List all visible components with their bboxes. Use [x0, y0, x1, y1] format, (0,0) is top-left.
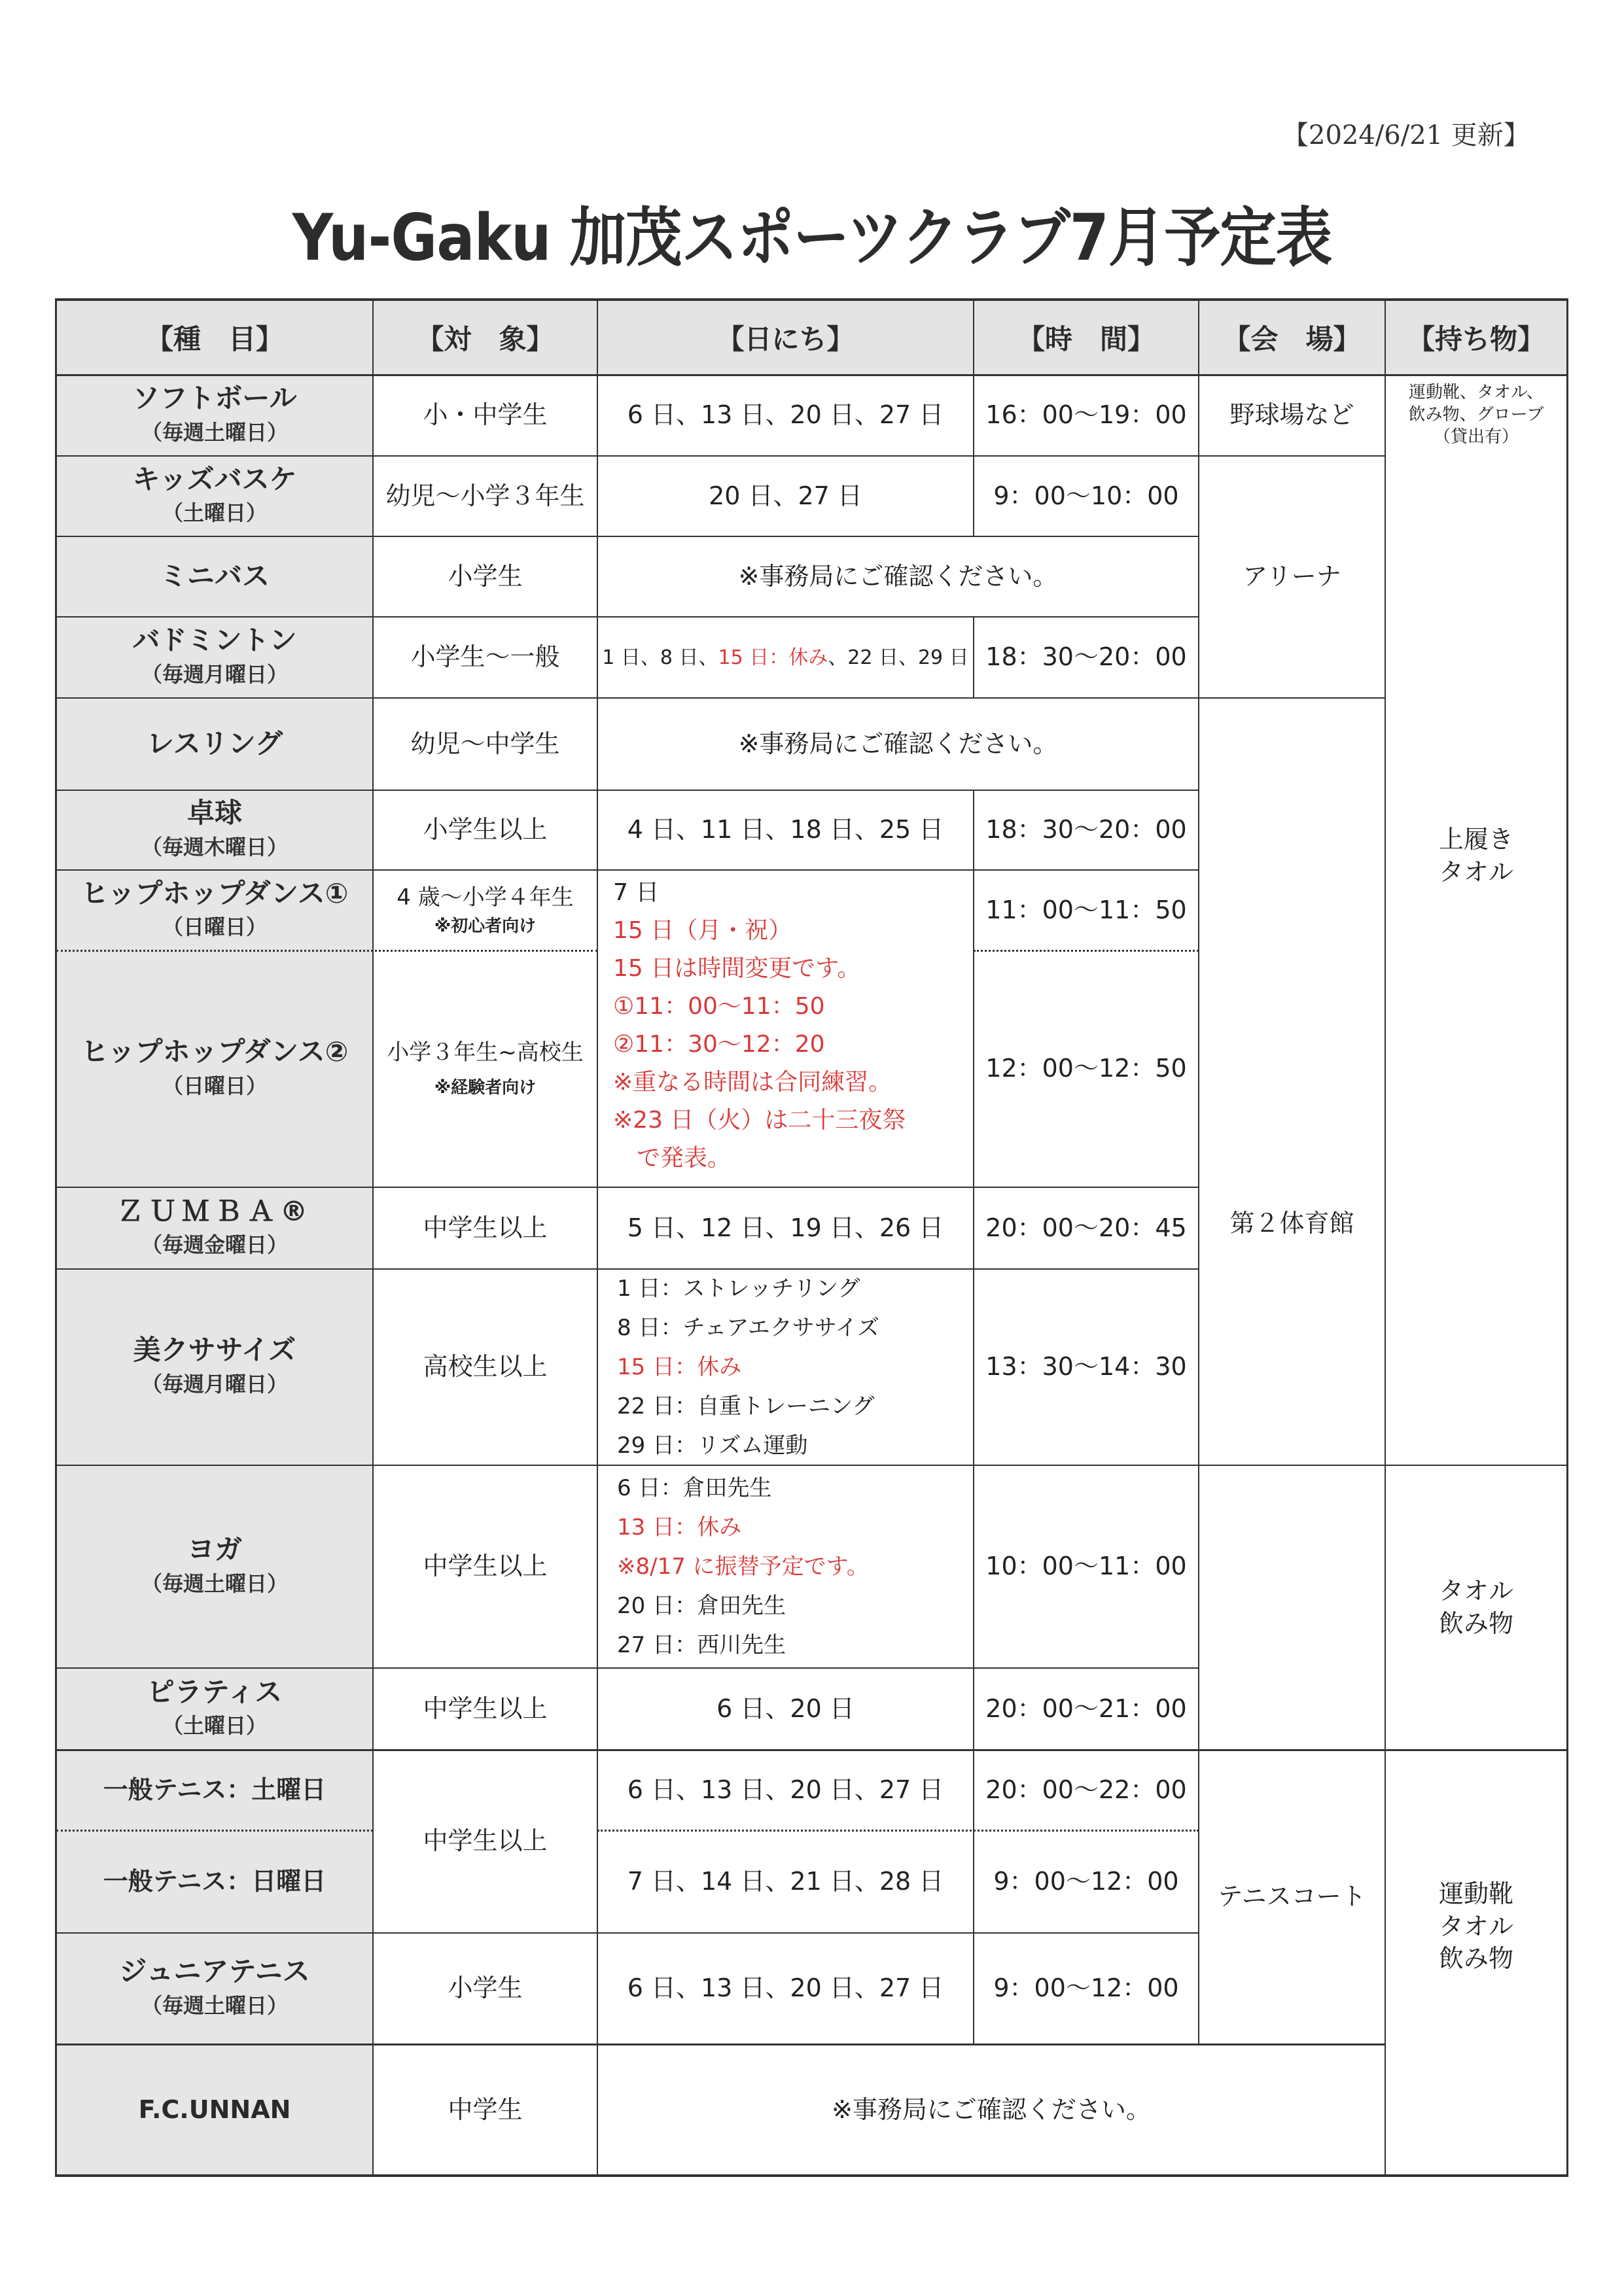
date-line-red: 15 日：休み: [617, 1348, 741, 1387]
target-wrestling: 幼児～中学生: [373, 698, 597, 790]
sport-hiphop-1: ヒップホップダンス① （日曜日）: [56, 870, 373, 950]
time-zumba: 20：00～20：45: [974, 1187, 1199, 1269]
row-divider: [56, 455, 1385, 457]
target-text: 小学３年生~高校生: [387, 1038, 584, 1067]
dates-pilates: 6 日、20 日: [597, 1668, 974, 1750]
sport-name: 一般テニス：日曜日: [103, 1866, 326, 1898]
row-divider: [56, 616, 1199, 617]
sport-name: 一般テニス：土曜日: [103, 1775, 326, 1806]
sport-tennis-saturday: 一般テニス：土曜日: [56, 1750, 373, 1830]
date-line: 6 日：倉田先生: [617, 1469, 771, 1508]
time-kids-basket: 9：00～10：00: [974, 456, 1199, 536]
col-divider: [973, 790, 974, 2044]
item-line: タオル: [1439, 856, 1513, 888]
time-softball: 16：00～19：00: [974, 375, 1199, 456]
items-tennis: 運動靴 タオル 飲み物: [1385, 1750, 1567, 2176]
sport-name: 美クササイズ: [133, 1333, 296, 1368]
target-text: 4 歳～小学４年生: [397, 883, 573, 912]
sport-tennis-sunday: 一般テニス：日曜日: [56, 1830, 373, 1933]
dates-hiphop: 7 日 15 日（月・祝） 15 日は時間変更です。 ①11：00～11：50 …: [597, 870, 974, 1187]
target-hiphop-2: 小学３年生~高校生 ※経験者向け: [373, 950, 597, 1187]
dates-yoga: 6 日：倉田先生 13 日：休み ※8/17 に振替予定です。 20 日：倉田先…: [597, 1465, 974, 1668]
sport-table-tennis: 卓球 （毎週木曜日）: [56, 790, 373, 870]
item-line: タオル: [1439, 1911, 1513, 1943]
sport-day: （毎週土曜日）: [141, 1567, 288, 1601]
date-line-red: ②11：30～12：20: [613, 1026, 825, 1064]
dates-softball: 6 日、13 日、20 日、27 日: [597, 375, 974, 456]
time-junior-tennis: 9：00～12：00: [974, 1933, 1199, 2044]
row-divider: [56, 869, 1199, 871]
time-pilates: 20：00～21：00: [974, 1668, 1199, 1750]
row-divider: [56, 1187, 1199, 1188]
header-time: 【時 間】: [974, 300, 1199, 375]
sport-day: （毎週金曜日）: [141, 1228, 288, 1262]
row-divider-dotted: [56, 1830, 373, 1832]
dates-table-tennis: 4 日、11 日、18 日、25 日: [597, 790, 974, 870]
items-indoor: 上履き タオル: [1385, 456, 1567, 1465]
sport-name: 卓球: [187, 796, 242, 831]
sport-name: ヒップホップダンス②: [81, 1035, 349, 1070]
sport-day: （毎週土曜日）: [141, 416, 288, 449]
header-label: 【日にち】: [716, 318, 854, 357]
sport-name: ソフトボール: [132, 381, 296, 416]
row-divider: [56, 374, 1568, 376]
sport-day: （土曜日）: [162, 496, 267, 530]
table-border-top: [56, 298, 1568, 301]
target-pilates: 中学生以上: [373, 1668, 597, 1750]
target-note: ※経験者向け: [434, 1077, 536, 1100]
target-hiphop-1: 4 歳～小学４年生 ※初心者向け: [373, 870, 597, 950]
dates-text: 、22 日、29 日: [828, 645, 968, 670]
target-zumba: 中学生以上: [373, 1187, 597, 1269]
date-line-red: 13 日：休み: [617, 1508, 741, 1547]
target-junior-tennis: 小学生: [373, 1933, 597, 2044]
header-items: 【持ち物】: [1385, 300, 1567, 375]
time-yoga: 10：00～11：00: [974, 1465, 1199, 1668]
date-line: 8 日：チェアエクササイズ: [617, 1308, 879, 1348]
col-divider: [1385, 300, 1386, 2176]
time-hiphop-2: 12：00～12：50: [974, 950, 1199, 1187]
dates-tennis-sunday: 7 日、14 日、21 日、28 日: [597, 1830, 974, 1933]
header-label: 【会 場】: [1223, 318, 1360, 357]
item-line: 飲み物、グローブ: [1409, 404, 1544, 426]
header-dates: 【日にち】: [597, 300, 974, 375]
time-tennis-saturday: 20：00～22：00: [974, 1750, 1199, 1830]
sport-hiphop-2: ヒップホップダンス② （日曜日）: [56, 950, 373, 1187]
row-divider: [56, 697, 1385, 699]
sport-fc-unnan: F.C.UNNAN: [56, 2044, 373, 2176]
sport-name: ミニバス: [160, 559, 270, 594]
row-divider: [56, 1749, 1568, 1751]
updated-date: 【2024/6/21 更新】: [1282, 114, 1530, 152]
row-divider-dotted: [974, 950, 1199, 952]
date-line: 7 日: [613, 874, 659, 912]
row-divider: [56, 2044, 1385, 2045]
sport-pilates: ピラティス （土曜日）: [56, 1668, 373, 1750]
target-softball: 小・中学生: [373, 375, 597, 456]
venue-gym2: 第２体育館: [1199, 698, 1385, 1750]
dates-bikusasize: 1 日：ストレッチリング 8 日：チェアエクササイズ 15 日：休み 22 日：…: [597, 1269, 974, 1465]
date-line-red: ※23 日（火）は二十三夜祭: [613, 1102, 906, 1139]
sport-day: （毎週月曜日）: [141, 658, 288, 691]
items-softball: 運動靴、タオル、 飲み物、グローブ （貸出有）: [1385, 375, 1567, 456]
col-divider: [1198, 300, 1199, 2044]
row-divider: [56, 1465, 1568, 1466]
sport-day: （日曜日）: [162, 911, 267, 944]
sport-wrestling: レスリング: [56, 698, 373, 790]
row-divider-dotted: [56, 950, 597, 952]
venue-tennis-court: テニスコート: [1199, 1750, 1385, 2044]
header-target: 【対 象】: [373, 300, 597, 375]
sport-name: キッズバスケ: [132, 462, 296, 497]
time-hiphop-1: 11：00～11：50: [974, 870, 1199, 950]
date-line-red: 15 日（月・祝）: [613, 912, 792, 950]
sport-yoga: ヨガ （毎週土曜日）: [56, 1465, 373, 1668]
sport-name: ピラティス: [147, 1675, 283, 1710]
row-divider: [56, 1932, 1199, 1934]
venue-arena: アリーナ: [1199, 456, 1385, 698]
sport-badminton: バドミントン （毎週月曜日）: [56, 617, 373, 698]
date-line: 20 日：倉田先生: [617, 1586, 786, 1626]
sport-softball: ソフトボール （毎週土曜日）: [56, 375, 373, 456]
target-yoga: 中学生以上: [373, 1465, 597, 1668]
col-divider: [597, 300, 598, 2176]
col-divider: [973, 617, 974, 698]
target-note: ※初心者向け: [434, 916, 536, 938]
item-line: 運動靴、タオル、: [1409, 382, 1544, 404]
sport-bikusasize: 美クササイズ （毎週月曜日）: [56, 1269, 373, 1465]
venue-softball: 野球場など: [1199, 375, 1385, 456]
sport-name: ジュニアテニス: [119, 1955, 309, 1989]
dates-junior-tennis: 6 日、13 日、20 日、27 日: [597, 1933, 974, 2044]
sport-zumba: ＺＵＭＢＡ® （毎週金曜日）: [56, 1187, 373, 1269]
target-tennis: 中学生以上: [373, 1750, 597, 1933]
time-badminton: 18：30～20：00: [974, 617, 1199, 698]
header-label: 【種 目】: [146, 318, 283, 357]
date-line: 22 日：自重トレーニング: [617, 1387, 874, 1426]
col-divider: [372, 300, 374, 2176]
dates-badminton: 1 日、8 日、15 日：休み、22 日、29 日: [597, 617, 974, 698]
sport-name: ヒップホップダンス①: [81, 877, 349, 911]
sport-name: バドミントン: [132, 623, 296, 658]
target-fc-unnan: 中学生: [373, 2044, 597, 2176]
sport-mini-basket: ミニバス: [56, 536, 373, 617]
sport-name: ＺＵＭＢＡ®: [116, 1194, 313, 1229]
sport-kids-basket: キッズバスケ （土曜日）: [56, 456, 373, 536]
row-divider-dotted: [597, 1830, 1199, 1832]
sport-day: （日曜日）: [162, 1070, 267, 1103]
items-yoga-pilates: タオル 飲み物: [1385, 1465, 1567, 1750]
sport-day: （毎週土曜日）: [141, 1989, 288, 2023]
row-divider: [56, 790, 1199, 791]
date-line: 1 日：ストレッチリング: [617, 1269, 860, 1308]
item-line: 運動靴: [1439, 1878, 1513, 1910]
time-table-tennis: 18：30～20：00: [974, 790, 1199, 870]
header-sport: 【種 目】: [56, 300, 373, 375]
dates-mini-basket: ※事務局にご確認ください。: [597, 536, 1199, 617]
sport-day: （毎週木曜日）: [141, 831, 288, 864]
closed-note: 15 日：休み: [718, 645, 828, 670]
item-line: 上履き: [1439, 824, 1513, 856]
target-kids-basket: 幼児～小学３年生: [373, 456, 597, 536]
sport-day: （毎週月曜日）: [141, 1368, 288, 1401]
row-divider: [56, 1667, 1199, 1669]
date-line-red: ※重なる時間は合同練習。: [613, 1064, 892, 1102]
target-badminton: 小学生～一般: [373, 617, 597, 698]
table-border-left: [55, 298, 57, 2177]
header-label: 【持ち物】: [1407, 318, 1545, 357]
date-line: 27 日：西川先生: [617, 1626, 786, 1665]
sport-name: ヨガ: [187, 1533, 242, 1567]
table-border-right: [1566, 298, 1568, 2177]
item-line: （貸出有）: [1434, 426, 1519, 449]
time-bikusasize: 13：30～14：30: [974, 1269, 1199, 1465]
date-line: 29 日：リズム運動: [617, 1426, 807, 1465]
sport-day: （土曜日）: [162, 1709, 267, 1743]
date-line-red: ※8/17 に振替予定です。: [617, 1547, 869, 1586]
item-line: 飲み物: [1439, 1943, 1513, 1975]
date-line-red: ①11：00～11：50: [613, 988, 825, 1026]
header-label: 【時 間】: [1017, 318, 1155, 357]
target-mini-basket: 小学生: [373, 536, 597, 617]
dates-kids-basket: 20 日、27 日: [597, 456, 974, 536]
dates-tennis-saturday: 6 日、13 日、20 日、27 日: [597, 1750, 974, 1830]
dates-wrestling: ※事務局にご確認ください。: [597, 698, 1199, 790]
date-line-red: 15 日は時間変更です。: [613, 950, 860, 988]
sport-name: レスリング: [147, 727, 283, 761]
time-tennis-sunday: 9：00～12：00: [974, 1830, 1199, 1933]
row-divider: [56, 536, 1199, 537]
header-venue: 【会 場】: [1199, 300, 1385, 375]
dates-fc-unnan: ※事務局にご確認ください。: [597, 2044, 1385, 2176]
sport-name: F.C.UNNAN: [139, 2095, 291, 2126]
col-divider: [973, 300, 974, 536]
target-table-tennis: 小学生以上: [373, 790, 597, 870]
item-line: タオル: [1439, 1575, 1513, 1607]
item-line: 飲み物: [1439, 1608, 1513, 1640]
table-border-bottom: [56, 2174, 1568, 2177]
header-label: 【対 象】: [416, 318, 554, 357]
page-title: Yu-Gaku 加茂スポーツクラブ7月予定表: [97, 186, 1527, 279]
date-line-red: で発表。: [613, 1139, 731, 1177]
row-divider: [56, 1268, 1199, 1270]
sport-junior-tennis: ジュニアテニス （毎週土曜日）: [56, 1933, 373, 2044]
target-bikusasize: 高校生以上: [373, 1269, 597, 1465]
dates-text: 1 日、8 日、: [602, 645, 718, 670]
dates-zumba: 5 日、12 日、19 日、26 日: [597, 1187, 974, 1269]
